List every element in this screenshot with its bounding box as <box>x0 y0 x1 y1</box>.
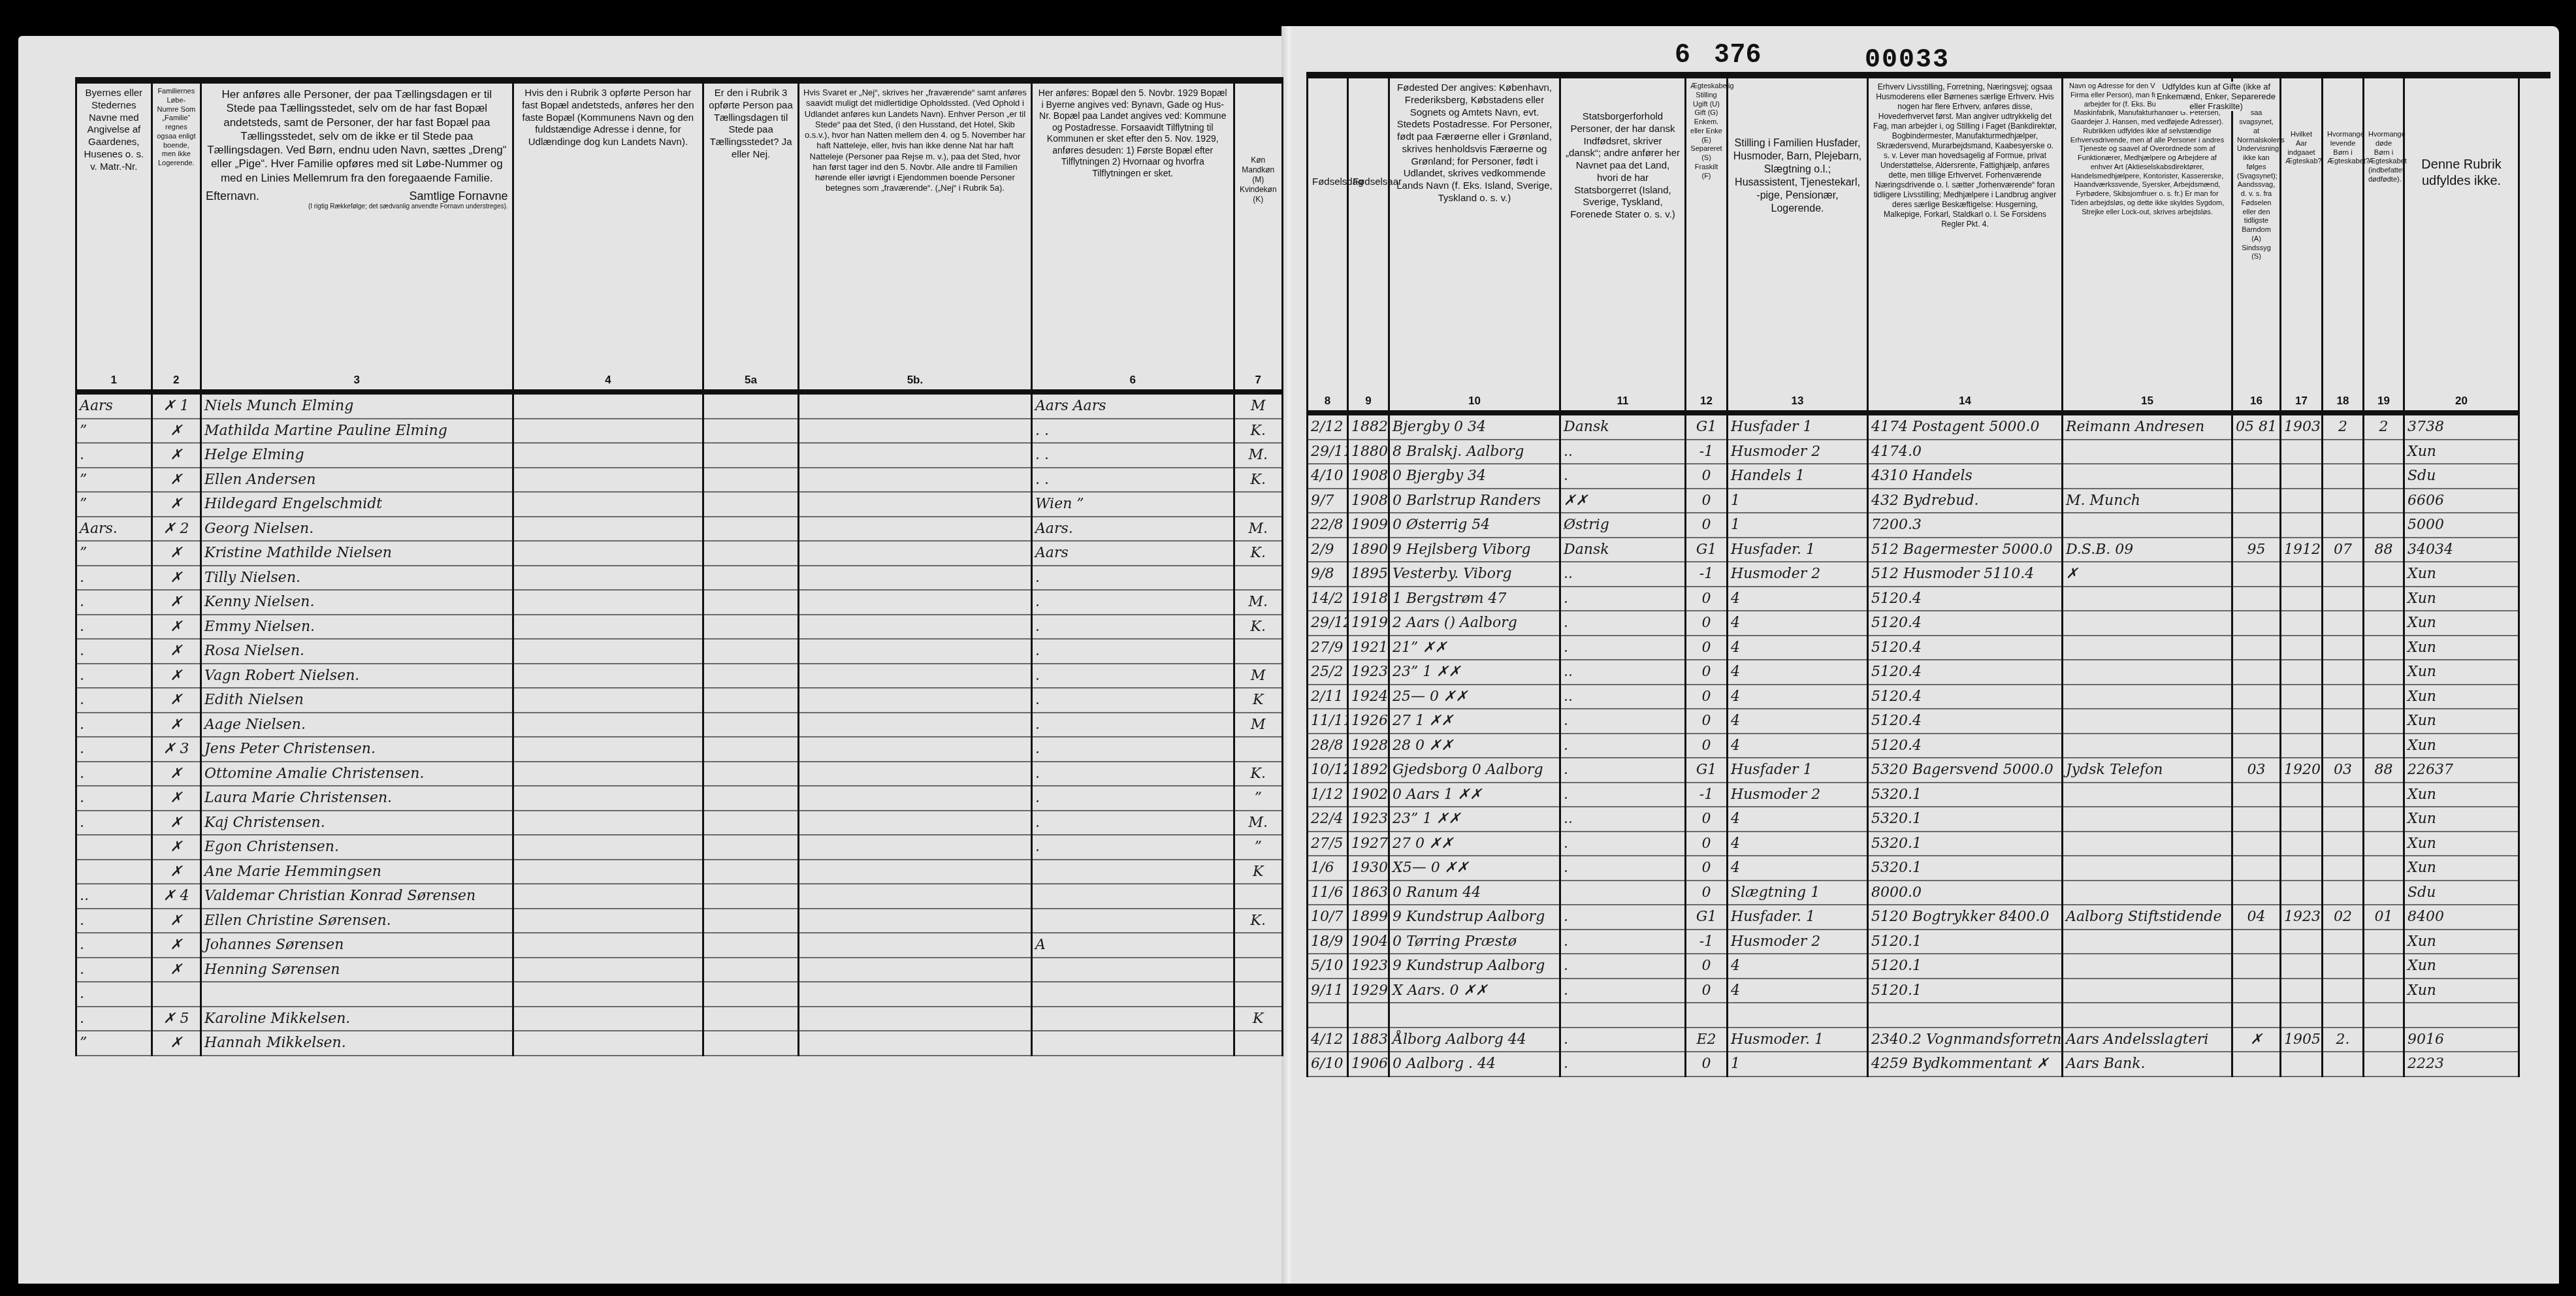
cell-c4 <box>513 639 703 664</box>
cell-c3: Mathilda Martine Pauline Elming <box>201 419 513 444</box>
cell-c6: . <box>1031 786 1234 811</box>
cell-c16 <box>2232 636 2281 660</box>
cell-c4 <box>513 811 703 835</box>
cell-c7 <box>1234 884 1282 909</box>
cell-c15 <box>2063 783 2232 807</box>
cell-c13: Husmoder 2 <box>1728 440 1868 464</box>
col-header-10: Fødested Der angives: København, Frederi… <box>1389 78 1560 413</box>
cell-c16 <box>2232 513 2281 538</box>
cell-c3: Hildegard Engelschmidt <box>201 492 513 517</box>
cell-c9: 1923 <box>1348 954 1389 979</box>
cell-c14: 5120.4 <box>1868 587 2063 611</box>
cell-c14: 5120.4 <box>1868 611 2063 636</box>
cell-c3: Ellen Christine Sørensen. <box>201 909 513 933</box>
cell-c12: 0 <box>1686 1052 1728 1077</box>
cell-c19 <box>2364 783 2404 807</box>
cell-c13: Husmoder. 1 <box>1728 1028 1868 1052</box>
cell-c3: Ane Marie Hemmingsen <box>201 860 513 884</box>
cell-c13: 4 <box>1728 636 1868 660</box>
cell-c19 <box>2364 562 2404 587</box>
cell-c4 <box>513 835 703 860</box>
cell-c8: 10/12 <box>1308 758 1348 783</box>
cell-c5a <box>703 392 799 419</box>
cell-c1: . <box>76 639 152 664</box>
cell-c14: 5320.1 <box>1868 856 2063 881</box>
cell-c13: 4 <box>1728 685 1868 709</box>
cell-c14: 5120.4 <box>1868 636 2063 660</box>
cell-c10: 1 Bergstrøm 47 <box>1389 587 1560 611</box>
cell-c16: 04 <box>2232 905 2281 930</box>
cell-c12: 0 <box>1686 979 1728 1003</box>
cell-c9: 1904 <box>1348 930 1389 954</box>
table-row: 27/5192727 0 ✗✗.045320.1Xun <box>1308 832 2519 856</box>
cell-c12: -1 <box>1686 930 1728 954</box>
table-row: 1/1219020 Aars 1 ✗✗.-1Husmoder 25320.1Xu… <box>1308 783 2519 807</box>
cell-c5a <box>703 419 799 444</box>
cell-c17 <box>2281 1003 2323 1028</box>
cell-c10: 0 Aalborg . 44 <box>1389 1052 1560 1077</box>
cell-c10: Gjedsborg 0 Aalborg <box>1389 758 1560 783</box>
cell-c15 <box>2063 513 2232 538</box>
cell-c5a <box>703 590 799 615</box>
cell-c14: 7200.3 <box>1868 513 2063 538</box>
cell-c6: Wien ” <box>1031 492 1234 517</box>
cell-c7: ” <box>1234 835 1282 860</box>
cell-c3: Aage Nielsen. <box>201 713 513 737</box>
cell-c5b <box>798 566 1031 591</box>
cell-c20: 8400 <box>2404 905 2519 930</box>
cell-c13: 1 <box>1728 1052 1868 1077</box>
cell-c10: 27 0 ✗✗ <box>1389 832 1560 856</box>
table-row: 2/11192425— 0 ✗✗..045120.4Xun <box>1308 685 2519 709</box>
cell-c1: ” <box>76 492 152 517</box>
cell-c13 <box>1728 1003 1868 1028</box>
cell-c19 <box>2364 856 2404 881</box>
cell-c15 <box>2063 611 2232 636</box>
cell-c5a <box>703 737 799 762</box>
cell-c14: 5320.1 <box>1868 783 2063 807</box>
cell-c3: Niels Munch Elming <box>201 392 513 419</box>
cell-c5a <box>703 492 799 517</box>
cell-c11: . <box>1560 856 1686 881</box>
cell-c19 <box>2364 464 2404 489</box>
cell-c8 <box>1308 1003 1348 1028</box>
cell-c6 <box>1031 1031 1234 1056</box>
cell-c14: 512 Bagermester 5000.0 <box>1868 538 2063 562</box>
cell-c4 <box>513 615 703 640</box>
cell-c5a <box>703 811 799 835</box>
cell-c4 <box>513 958 703 982</box>
cell-c5a <box>703 615 799 640</box>
cell-c13: 4 <box>1728 734 1868 758</box>
cell-c2: ✗ <box>152 909 201 933</box>
cell-c7: K. <box>1234 909 1282 933</box>
cell-c11: . <box>1560 464 1686 489</box>
table-row: 28/8192828 0 ✗✗.045120.4Xun <box>1308 734 2519 758</box>
cell-c18 <box>2323 930 2364 954</box>
cell-c13: 4 <box>1728 807 1868 832</box>
cell-c7 <box>1234 737 1282 762</box>
cell-c7 <box>1234 566 1282 591</box>
cell-c11: Dansk <box>1560 413 1686 440</box>
cell-c12: 0 <box>1686 513 1728 538</box>
cell-c11: .. <box>1560 807 1686 832</box>
cell-c8: 25/2 <box>1308 660 1348 685</box>
cell-c8: 22/4 <box>1308 807 1348 832</box>
cell-c19: 2 <box>2364 413 2404 440</box>
col-header-2: Familiernes Løbe-Numre Som „Familie“ reg… <box>152 84 201 392</box>
cell-c5b <box>798 492 1031 517</box>
cell-c7: ” <box>1234 786 1282 811</box>
cell-c16 <box>2232 611 2281 636</box>
cell-c12: 0 <box>1686 709 1728 734</box>
table-row: 22/4192323” 1 ✗✗..045320.1Xun <box>1308 807 2519 832</box>
col-header-6: Her anføres: Bopæl den 5. Novbr. 1929 Bo… <box>1031 84 1234 392</box>
cell-c1: . <box>76 811 152 835</box>
cell-c5b <box>798 835 1031 860</box>
table-row: 4/121883Ålborg Aalborg 44.E2Husmoder. 12… <box>1308 1028 2519 1052</box>
cell-c5b <box>798 1031 1031 1056</box>
cell-c4 <box>513 443 703 468</box>
cell-c5b <box>798 443 1031 468</box>
cell-c2: ✗ <box>152 639 201 664</box>
cell-c2: ✗ <box>152 933 201 958</box>
cell-c11: . <box>1560 758 1686 783</box>
col-header-18: Hvormange levende Børn i Ægteskabet?18 <box>2323 78 2364 413</box>
cell-c10: 0 Aars 1 ✗✗ <box>1389 783 1560 807</box>
cell-c20: Xun <box>2404 734 2519 758</box>
table-row: 29/1118808 Bralskj. Aalborg..-1Husmoder … <box>1308 440 2519 464</box>
cell-c4 <box>513 1007 703 1031</box>
cell-c15 <box>2063 440 2232 464</box>
cell-c11: .. <box>1560 685 1686 709</box>
cell-c18 <box>2323 954 2364 979</box>
cell-c13: 4 <box>1728 611 1868 636</box>
cell-c2: ✗ 4 <box>152 884 201 909</box>
cell-c14: 5120 Bogtrykker 8400.0 <box>1868 905 2063 930</box>
cell-c17 <box>2281 440 2323 464</box>
cell-c6 <box>1031 884 1234 909</box>
cell-c9: 1908 <box>1348 489 1389 513</box>
cell-c15: Reimann Andresen <box>2063 413 2232 440</box>
cell-c12 <box>1686 1003 1728 1028</box>
cell-c20: Xun <box>2404 587 2519 611</box>
cell-c5b <box>798 909 1031 933</box>
cell-c8: 14/2 <box>1308 587 1348 611</box>
table-row: .✗Johannes SørensenA <box>76 933 1283 958</box>
table-row: Aars.✗ 2Georg Nielsen.Aars.M. <box>76 517 1283 542</box>
cell-c3: Egon Christensen. <box>201 835 513 860</box>
header-rule-left <box>75 77 1283 84</box>
cell-c8: 9/7 <box>1308 489 1348 513</box>
cell-c19 <box>2364 1003 2404 1028</box>
cell-c15: Jydsk Telefon <box>2063 758 2232 783</box>
cell-c19 <box>2364 1052 2404 1077</box>
cell-c8: 9/8 <box>1308 562 1348 587</box>
cell-c3: Kristine Mathilde Nielsen <box>201 541 513 566</box>
cell-c11: . <box>1560 636 1686 660</box>
cell-c20: 22637 <box>2404 758 2519 783</box>
cell-c2: ✗ 1 <box>152 392 201 419</box>
cell-c4 <box>513 517 703 542</box>
cell-c2: ✗ <box>152 811 201 835</box>
cell-c19 <box>2364 807 2404 832</box>
cell-c8: 18/9 <box>1308 930 1348 954</box>
cell-c20: 2223 <box>2404 1052 2519 1077</box>
cell-c7 <box>1234 492 1282 517</box>
cell-c7 <box>1234 639 1282 664</box>
cell-c5b <box>798 786 1031 811</box>
cell-c10: 28 0 ✗✗ <box>1389 734 1560 758</box>
table-row: . <box>76 982 1283 1007</box>
cell-c7: K. <box>1234 419 1282 444</box>
table-row: 11/11192627 1 ✗✗.045120.4Xun <box>1308 709 2519 734</box>
cell-c9: 1923 <box>1348 807 1389 832</box>
cell-c1: Aars <box>76 392 152 419</box>
cell-c6: . <box>1031 590 1234 615</box>
cell-c18 <box>2323 611 2364 636</box>
cell-c5b <box>798 517 1031 542</box>
table-row: 9/719080 Barlstrup Randers✗✗01432 Bydreb… <box>1308 489 2519 513</box>
cell-c11 <box>1560 1003 1686 1028</box>
cell-c15: Aars Andelsslagteri <box>2063 1028 2232 1052</box>
cell-c20: Xun <box>2404 709 2519 734</box>
cell-c3: Jens Peter Christensen. <box>201 737 513 762</box>
cell-c18 <box>2323 709 2364 734</box>
cell-c10: 9 Kundstrup Aalborg <box>1389 905 1560 930</box>
table-row: .✗Edith Nielsen.K <box>76 688 1283 713</box>
cell-c8: 29/12 <box>1308 611 1348 636</box>
cell-c3: Rosa Nielsen. <box>201 639 513 664</box>
cell-c3: Kaj Christensen. <box>201 811 513 835</box>
cell-c10: 8 Bralskj. Aalborg <box>1389 440 1560 464</box>
cell-c19: 01 <box>2364 905 2404 930</box>
cell-c3: Ottomine Amalie Christensen. <box>201 762 513 786</box>
cell-c12: -1 <box>1686 440 1728 464</box>
census-table-right: Fødselsdag8 Fødselsaar9 Fødested Der ang… <box>1306 78 2520 1077</box>
cell-c11: .. <box>1560 660 1686 685</box>
cell-c6: . <box>1031 615 1234 640</box>
cell-c15: ✗ <box>2063 562 2232 587</box>
cell-c19: 88 <box>2364 538 2404 562</box>
cell-c2: ✗ <box>152 713 201 737</box>
cell-c1: . <box>76 566 152 591</box>
cell-c17 <box>2281 464 2323 489</box>
cell-c1: . <box>76 590 152 615</box>
cell-c19 <box>2364 587 2404 611</box>
cell-c14: 5120.4 <box>1868 734 2063 758</box>
cell-c1: Aars. <box>76 517 152 542</box>
cell-c9: 1926 <box>1348 709 1389 734</box>
cell-c20: Sdu <box>2404 464 2519 489</box>
cell-c11: . <box>1560 611 1686 636</box>
cell-c5a <box>703 762 799 786</box>
cell-c20: Xun <box>2404 832 2519 856</box>
cell-c14: 5120.4 <box>1868 660 2063 685</box>
cell-c17 <box>2281 709 2323 734</box>
cell-c3: Ellen Andersen <box>201 468 513 493</box>
cell-c12: 0 <box>1686 856 1728 881</box>
cell-c17 <box>2281 734 2323 758</box>
cell-c4 <box>513 909 703 933</box>
table-row: 27/9192121” ✗✗.045120.4Xun <box>1308 636 2519 660</box>
cell-c14: 5120.4 <box>1868 709 2063 734</box>
cell-c17 <box>2281 930 2323 954</box>
col-header-12: Ægteskabelig Stilling Ugift (U) Gift (G)… <box>1686 78 1728 413</box>
cell-c19 <box>2364 685 2404 709</box>
cell-c11: . <box>1560 832 1686 856</box>
table-row: ✗Ane Marie HemmingsenK <box>76 860 1283 884</box>
cell-c17: 1912 <box>2281 538 2323 562</box>
cell-c4 <box>513 392 703 419</box>
cell-c11: . <box>1560 587 1686 611</box>
col-header-13: Stilling i Familien Husfader, Husmoder, … <box>1728 78 1868 413</box>
cell-c15: M. Munch <box>2063 489 2232 513</box>
cell-c12: G1 <box>1686 538 1728 562</box>
cell-c18: 2 <box>2323 413 2364 440</box>
cell-c20: Xun <box>2404 856 2519 881</box>
cell-c5a <box>703 1031 799 1056</box>
cell-c12: 0 <box>1686 489 1728 513</box>
cell-c4 <box>513 982 703 1007</box>
cell-c19 <box>2364 734 2404 758</box>
table-row: .✗Laura Marie Christensen..” <box>76 786 1283 811</box>
cell-c15 <box>2063 979 2232 1003</box>
cell-c4 <box>513 713 703 737</box>
cell-c15: Aars Bank. <box>2063 1052 2232 1077</box>
cell-c9: 1882 <box>1348 413 1389 440</box>
cell-c20: 9016 <box>2404 1028 2519 1052</box>
cell-c10: Bjergby 0 34 <box>1389 413 1560 440</box>
cell-c4 <box>513 1031 703 1056</box>
cell-c3: Edith Nielsen <box>201 688 513 713</box>
cell-c1: ” <box>76 419 152 444</box>
cell-c18 <box>2323 513 2364 538</box>
cell-c16 <box>2232 489 2281 513</box>
cell-c12: 0 <box>1686 660 1728 685</box>
cell-c5b <box>798 615 1031 640</box>
cell-c8: 11/6 <box>1308 881 1348 905</box>
cell-c18: 07 <box>2323 538 2364 562</box>
cell-c3: Vagn Robert Nielsen. <box>201 664 513 688</box>
cell-c17 <box>2281 954 2323 979</box>
cell-c1: . <box>76 737 152 762</box>
cell-c3: Valdemar Christian Konrad Sørensen <box>201 884 513 909</box>
cell-c9: 1906 <box>1348 1052 1389 1077</box>
cell-c11: . <box>1560 930 1686 954</box>
table-row: ”✗Hildegard EngelschmidtWien ” <box>76 492 1283 517</box>
table-row: ”✗Kristine Mathilde NielsenAarsK. <box>76 541 1283 566</box>
cell-c7: M. <box>1234 443 1282 468</box>
cell-c11: Østrig <box>1560 513 1686 538</box>
cell-c9 <box>1348 1003 1389 1028</box>
cell-c5b <box>798 541 1031 566</box>
cell-c16 <box>2232 562 2281 587</box>
cell-c8: 1/12 <box>1308 783 1348 807</box>
cell-c15 <box>2063 807 2232 832</box>
table-row: .✗Kenny Nielsen..M. <box>76 590 1283 615</box>
cell-c15 <box>2063 881 2232 905</box>
cell-c13: Husfader 1 <box>1728 758 1868 783</box>
cell-c13: 1 <box>1728 489 1868 513</box>
cell-c5b <box>798 982 1031 1007</box>
cell-c1: . <box>76 443 152 468</box>
cell-c10: 23” 1 ✗✗ <box>1389 807 1560 832</box>
cell-c11: ✗✗ <box>1560 489 1686 513</box>
cell-c5b <box>798 590 1031 615</box>
cell-c7: K. <box>1234 468 1282 493</box>
cell-c6 <box>1031 982 1234 1007</box>
cell-c1: . <box>76 786 152 811</box>
cell-c20: Xun <box>2404 979 2519 1003</box>
table-row: .✗Tilly Nielsen.. <box>76 566 1283 591</box>
cell-c13: 4 <box>1728 660 1868 685</box>
cell-c1: ” <box>76 541 152 566</box>
cell-c14: 2340.2 Vognmandsforretning 8000.0 <box>1868 1028 2063 1052</box>
cell-c7: K. <box>1234 762 1282 786</box>
table-row: 10/121892Gjedsborg 0 Aalborg.G1Husfader … <box>1308 758 2519 783</box>
cell-c5b <box>798 811 1031 835</box>
cell-c8: 28/8 <box>1308 734 1348 758</box>
cell-c20: Xun <box>2404 562 2519 587</box>
cell-c4 <box>513 590 703 615</box>
table-row: .✗Aage Nielsen..M <box>76 713 1283 737</box>
cell-c10: 9 Kundstrup Aalborg <box>1389 954 1560 979</box>
cell-c11: . <box>1560 905 1686 930</box>
cell-c5a <box>703 982 799 1007</box>
cell-c19 <box>2364 489 2404 513</box>
cell-c15 <box>2063 660 2232 685</box>
table-row: ✗Egon Christensen..” <box>76 835 1283 860</box>
cell-c14: 512 Husmoder 5110.4 <box>1868 562 2063 587</box>
cell-c16: 03 <box>2232 758 2281 783</box>
cell-c9: 1924 <box>1348 685 1389 709</box>
cell-c17 <box>2281 489 2323 513</box>
cell-c5a <box>703 688 799 713</box>
cell-c2: ✗ <box>152 762 201 786</box>
table-row: .✗Henning Sørensen <box>76 958 1283 982</box>
cell-c19: 88 <box>2364 758 2404 783</box>
cell-c2: ✗ 3 <box>152 737 201 762</box>
cell-c9: 1890 <box>1348 538 1389 562</box>
cell-c20: 3738 <box>2404 413 2519 440</box>
cell-c19 <box>2364 636 2404 660</box>
table-row: 18/919040 Tørring Præstø.-1Husmoder 2512… <box>1308 930 2519 954</box>
cell-c10: 0 Østerrig 54 <box>1389 513 1560 538</box>
cell-c9: 1880 <box>1348 440 1389 464</box>
col-header-1: Byernes eller Stedernes Navne med Angive… <box>76 84 152 392</box>
cell-c5b <box>798 713 1031 737</box>
col-header-11: Statsborgerforhold Personer, der har dan… <box>1560 78 1686 413</box>
cell-c14: 4310 Handels <box>1868 464 2063 489</box>
cell-c18 <box>2323 783 2364 807</box>
cell-c8: 29/11 <box>1308 440 1348 464</box>
cell-c12: 0 <box>1686 685 1728 709</box>
cell-c5a <box>703 860 799 884</box>
table-row: .✗ 5Karoline Mikkelsen.K <box>76 1007 1283 1031</box>
cell-c16 <box>2232 685 2281 709</box>
cell-c8: 2/12 <box>1308 413 1348 440</box>
cell-c12: 0 <box>1686 881 1728 905</box>
cell-c19 <box>2364 881 2404 905</box>
cell-c9: 1863 <box>1348 881 1389 905</box>
cell-c18 <box>2323 685 2364 709</box>
col-header-5b: Hvis Svaret er „Nej“, skrives her „fravæ… <box>798 84 1031 392</box>
cell-c18: 03 <box>2323 758 2364 783</box>
cell-c9: 1892 <box>1348 758 1389 783</box>
cell-c17 <box>2281 783 2323 807</box>
cell-c2: ✗ <box>152 541 201 566</box>
